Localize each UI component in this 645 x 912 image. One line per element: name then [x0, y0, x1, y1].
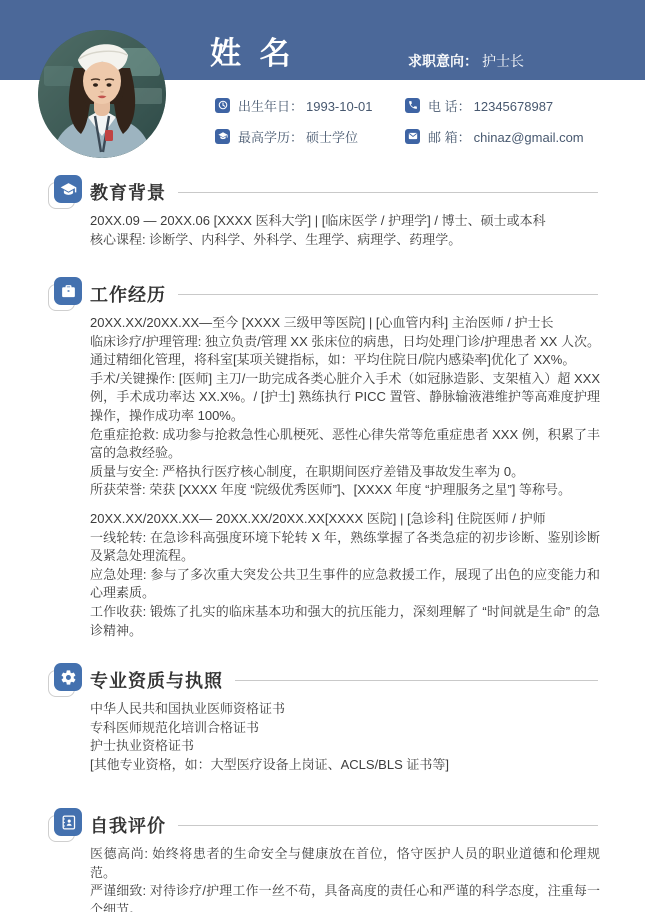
resume-page: 姓 名 求职意向：护士长 出生年日：1993-10-01 电 话：1234567… [0, 0, 645, 912]
contact-label: 邮 箱： [428, 130, 471, 145]
section-self-evaluation: 自我评价 医德高尚: 始终将患者的生命安全与健康放在首位，恪守医护人员的职业道德… [48, 809, 600, 912]
credential-line: 中华人民共和国执业医师资格证书 [90, 700, 600, 719]
job-objective: 求职意向：护士长 [408, 52, 524, 70]
phone-icon [405, 98, 420, 113]
credential-line: 护士执业资格证书 [90, 737, 600, 756]
section-title: 专业资质与执照 [90, 667, 223, 693]
education-line: 20XX.09 — 20XX.06 [XXXX 医科大学] | [临床医学 / … [90, 212, 600, 231]
work-paragraph: 手术/关键操作: [医师] 主刀/一助完成各类心脏介入手术（如冠脉造影、支架植入… [90, 370, 600, 426]
graduation-cap-icon [48, 175, 82, 209]
work-paragraph: 一线轮转: 在急诊科高强度环境下轮转 X 年，熟练掌握了各类急症的初步诊断、鉴别… [90, 529, 600, 566]
work-paragraph: 危重症抢救: 成功参与抢救急性心肌梗死、恶性心律失常等危重症患者 XXX 例，积… [90, 426, 600, 463]
contact-label: 电 话： [428, 99, 471, 114]
work-job-1: 20XX.XX/20XX.XX—至今 [XXXX 三级甲等医院] | [心血管内… [90, 314, 600, 500]
section-divider [178, 294, 598, 295]
work-paragraph: 质量与安全: 严格执行医疗核心制度，在职期间医疗差错及事故发生率为 0。 [90, 463, 600, 482]
education-line: 核心课程: 诊断学、内科学、外科学、生理学、病理学、药理学。 [90, 231, 600, 250]
self-evaluation-line: 严谨细致: 对待诊疗/护理工作一丝不苟，具备高度的责任心和严谨的科学态度，注重每… [90, 882, 600, 912]
briefcase-icon [48, 277, 82, 311]
work-job-2: 20XX.XX/20XX.XX— 20XX.XX/20XX.XX[XXXX 医院… [90, 510, 600, 640]
section-title: 自我评价 [90, 812, 166, 838]
id-book-icon [48, 808, 82, 842]
section-education: 教育背景 20XX.09 — 20XX.06 [XXXX 医科大学] | [临床… [48, 176, 600, 249]
contact-label: 出生年日： [238, 99, 303, 114]
work-paragraph: 20XX.XX/20XX.XX— 20XX.XX/20XX.XX[XXXX 医院… [90, 510, 600, 529]
credential-line: [其他专业资格，如：大型医疗设备上岗证、ACLS/BLS 证书等] [90, 756, 600, 775]
objective-label: 求职意向： [408, 53, 478, 69]
work-paragraph: 所获荣誉: 荣获 [XXXX 年度 “院级优秀医师”]、[XXXX 年度 “护理… [90, 481, 600, 500]
work-paragraph: 临床诊疗/护理管理: 独立负责/管理 XX 张床位的病患，日均处理门诊/护理患者… [90, 333, 600, 370]
credential-line: 专科医师规范化培训合格证书 [90, 719, 600, 738]
candidate-name: 姓 名 [210, 34, 296, 74]
contact-email: 邮 箱：chinaz@gmail.com [405, 128, 603, 144]
section-divider [235, 680, 598, 681]
contact-label: 最高学历： [238, 130, 303, 145]
contact-value: 12345678987 [474, 99, 554, 114]
section-credentials: 专业资质与执照 中华人民共和国执业医师资格证书 专科医师规范化培训合格证书 护士… [48, 664, 600, 774]
gear-icon [48, 663, 82, 697]
contact-value: 1993-10-01 [306, 99, 373, 114]
profile-photo [38, 30, 166, 158]
objective-value: 护士长 [482, 53, 524, 69]
self-evaluation-line: 医德高尚: 始终将患者的生命安全与健康放在首位，恪守医护人员的职业道德和伦理规范… [90, 845, 600, 882]
work-paragraph: 应急处理: 参与了多次重大突发公共卫生事件的应急救援工作，展现了出色的应变能力和… [90, 566, 600, 603]
section-divider [178, 192, 598, 193]
contact-education: 最高学历：硕士学位 [215, 128, 405, 144]
section-title: 教育背景 [90, 179, 166, 205]
section-work-experience: 工作经历 20XX.XX/20XX.XX—至今 [XXXX 三级甲等医院] | … [48, 278, 600, 640]
graduation-cap-icon [215, 129, 230, 144]
contact-birthdate: 出生年日：1993-10-01 [215, 97, 405, 113]
mail-icon [405, 129, 420, 144]
contact-info: 出生年日：1993-10-01 电 话：12345678987 最高学历：硕士学… [215, 97, 603, 144]
section-divider [178, 825, 598, 826]
contact-value: 硕士学位 [306, 130, 358, 145]
work-paragraph: 20XX.XX/20XX.XX—至今 [XXXX 三级甲等医院] | [心血管内… [90, 314, 600, 333]
section-title: 工作经历 [90, 281, 166, 307]
work-paragraph: 工作收获: 锻炼了扎实的临床基本功和强大的抗压能力，深刻理解了 “时间就是生命”… [90, 603, 600, 640]
nurse-portrait-illustration [38, 30, 166, 158]
contact-phone: 电 话：12345678987 [405, 97, 603, 113]
contact-value: chinaz@gmail.com [474, 130, 584, 145]
clock-icon [215, 98, 230, 113]
